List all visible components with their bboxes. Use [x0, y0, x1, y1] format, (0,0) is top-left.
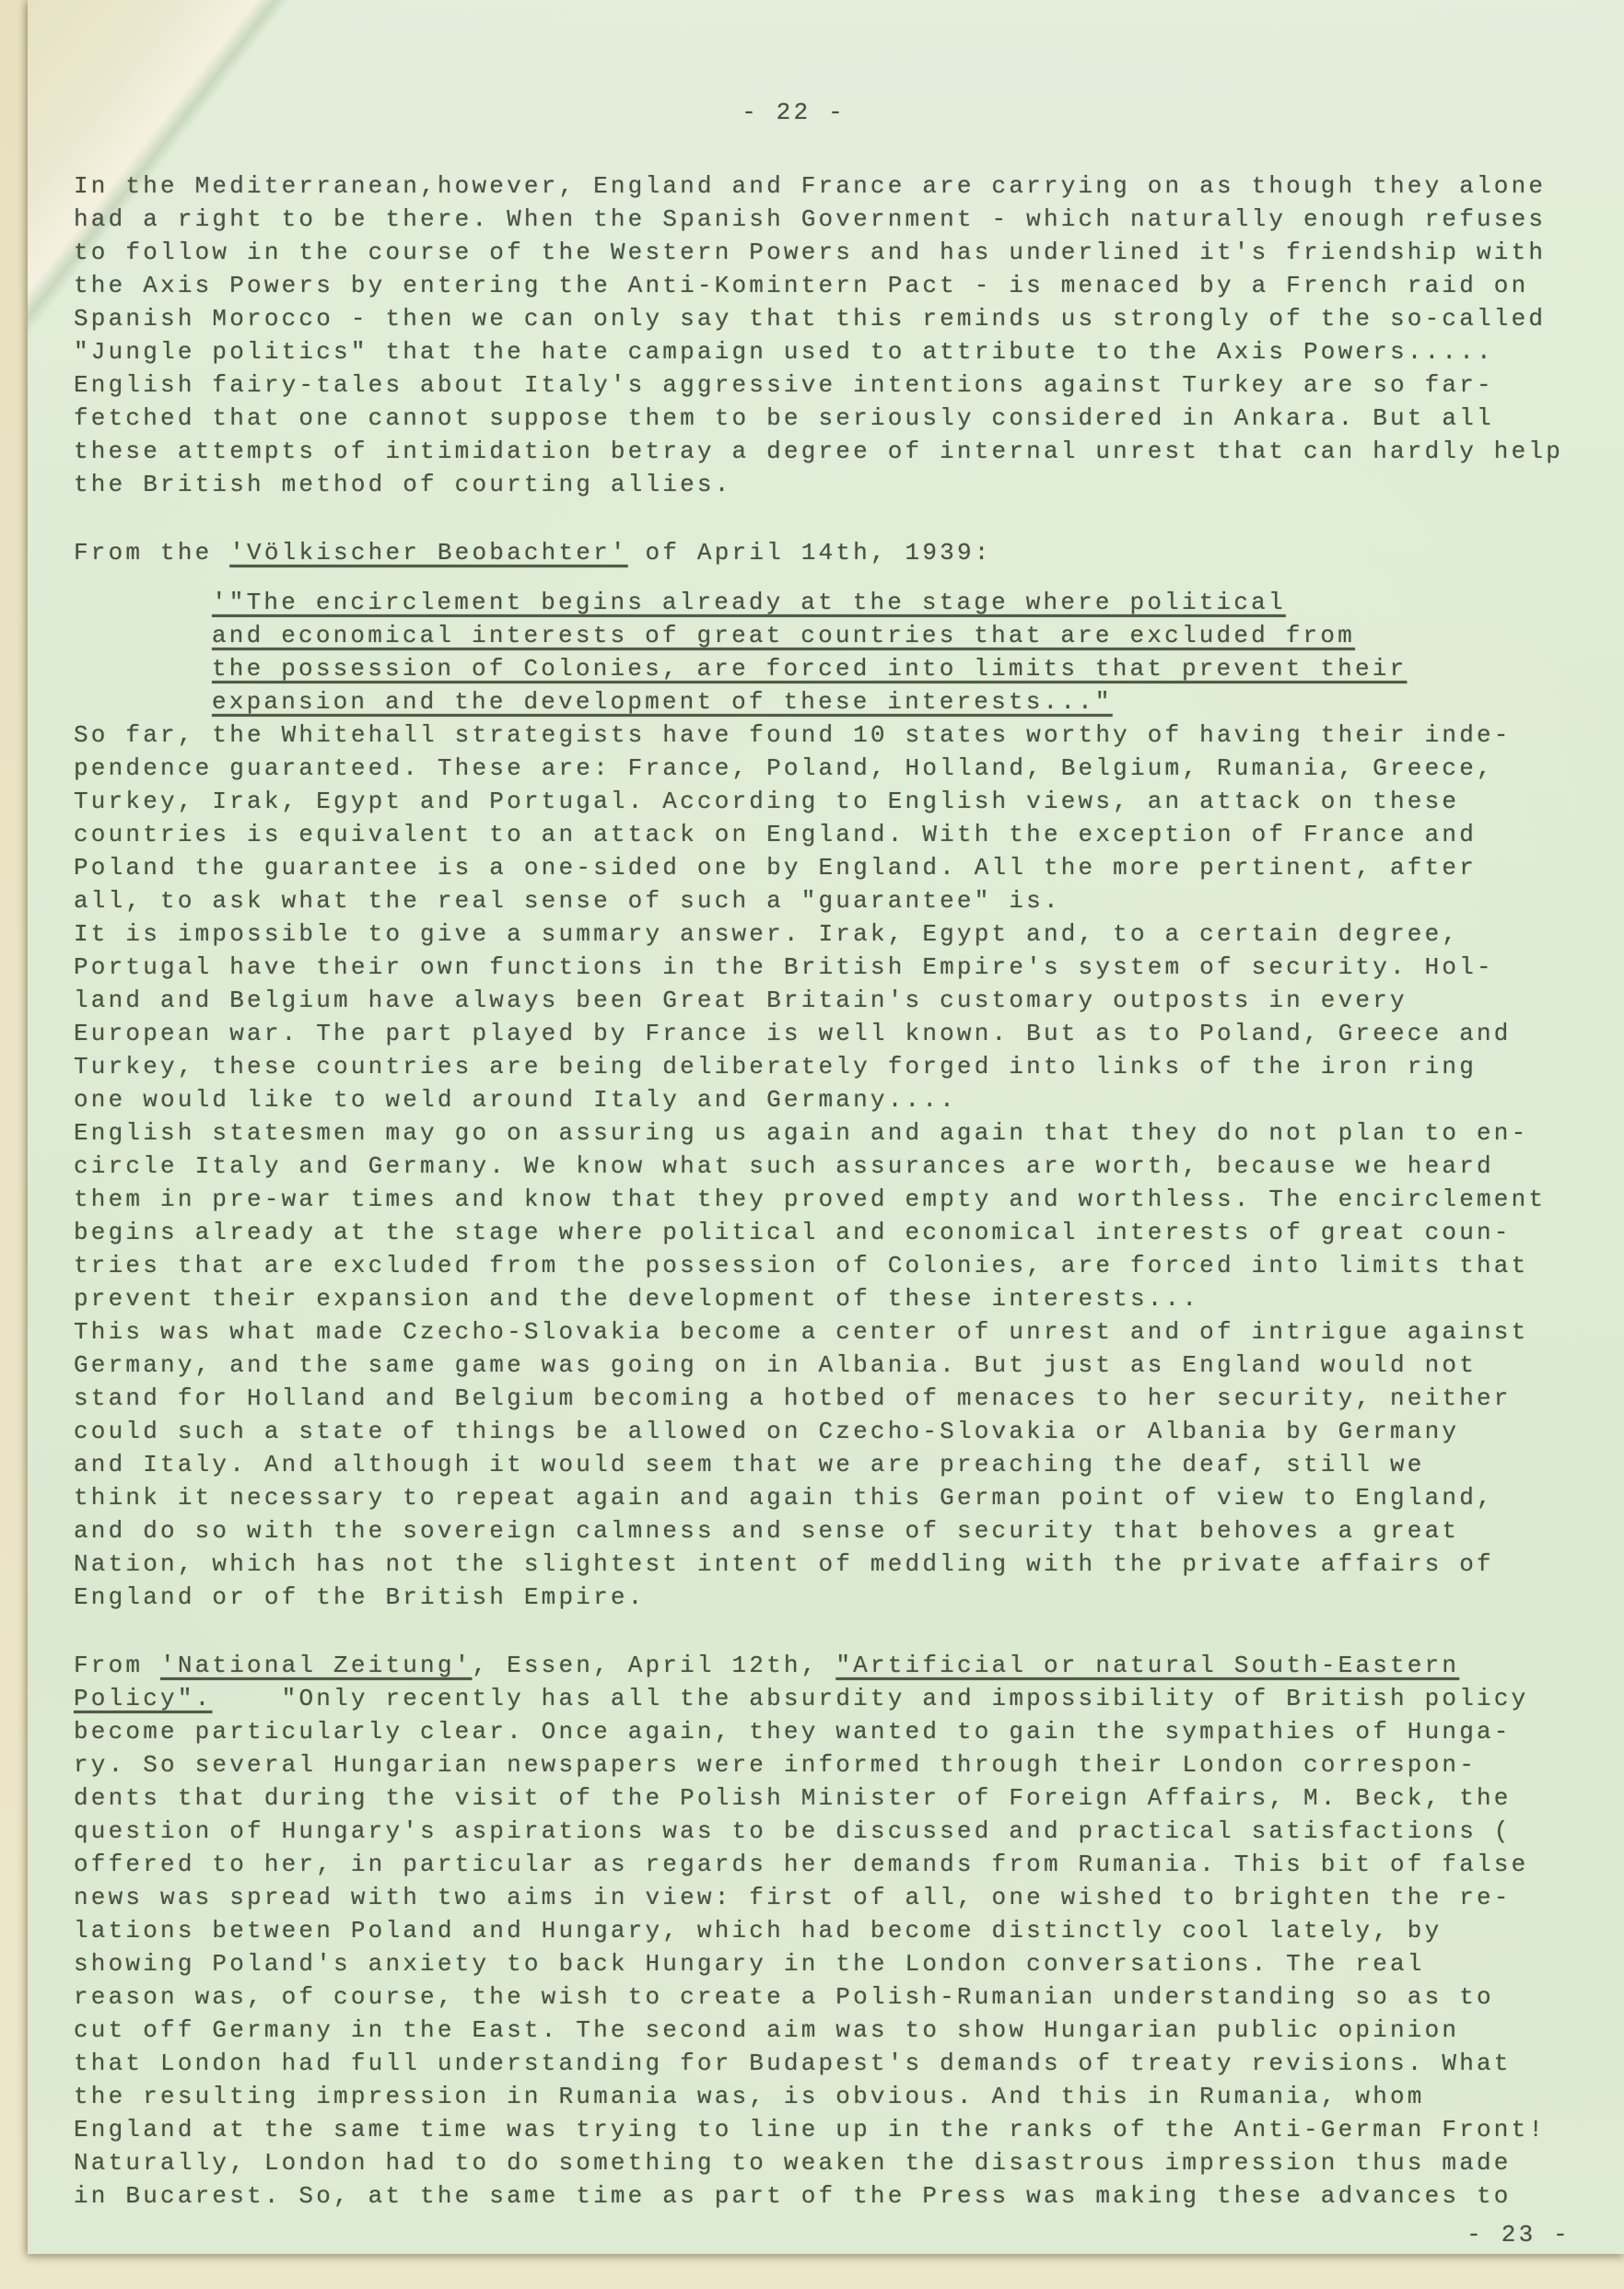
text-segment: "Only recently has all the absurdity and…: [282, 1685, 1529, 1712]
text-segment: cut off Germany in the East. The second …: [74, 2016, 1459, 2044]
text-line: all, to ask what the real sense of such …: [74, 884, 1596, 917]
text-line: From 'National Zeitung', Essen, April 12…: [74, 1649, 1596, 1682]
text-line: reason was, of course, the wish to creat…: [74, 1980, 1596, 2014]
text-line: cut off Germany in the East. The second …: [74, 2014, 1596, 2047]
text-line: begins already at the stage where politi…: [74, 1216, 1596, 1249]
text-segment: reason was, of course, the wish to creat…: [74, 1983, 1494, 2011]
text-segment: prevent their expansion and the developm…: [74, 1285, 1199, 1313]
text-segment: that London had full understanding for B…: [74, 2050, 1512, 2077]
source-heading-national-zeitung: From 'National Zeitung', Essen, April 12…: [74, 1649, 1596, 1682]
text-line: news was spread with two aims in view: f…: [74, 1881, 1596, 1914]
text-segment: in Bucarest. So, at the same time as par…: [74, 2182, 1512, 2210]
text-line: England at the same time was trying to l…: [74, 2113, 1596, 2146]
text-line: one would like to weld around Italy and …: [74, 1083, 1596, 1116]
text-line: and do so with the sovereign calmness an…: [74, 1514, 1596, 1547]
text-line: '"The encirclement begins already at the…: [212, 586, 1596, 619]
text-line: in Bucarest. So, at the same time as par…: [74, 2179, 1596, 2213]
text-line: English statesmen may go on assuring us …: [74, 1116, 1596, 1150]
text-line: From the 'Völkischer Beobachter' of Apri…: [74, 536, 1596, 569]
text-segment: From: [74, 1652, 160, 1679]
text-segment: question of Hungary's aspirations was to…: [74, 1817, 1512, 1845]
text-line: land and Belgium have always been Great …: [74, 984, 1596, 1017]
text-segment: of April 14th, 1939:: [628, 539, 992, 566]
text-line: English fairy-tales about Italy's aggres…: [74, 368, 1596, 402]
text-segment: countries is equivalent to an attack on …: [74, 821, 1477, 848]
text-line: In the Mediterranean,however, England an…: [74, 169, 1596, 203]
text-segment: England or of the British Empire.: [74, 1583, 645, 1611]
text-segment: these attempts of intimidation betray a …: [74, 438, 1563, 465]
text-segment: , Essen, April 12th,: [472, 1652, 835, 1679]
text-line: become particularly clear. Once again, t…: [74, 1715, 1596, 1748]
underlined-text: 'National Zeitung': [160, 1652, 472, 1679]
text-line: question of Hungary's aspirations was to…: [74, 1815, 1596, 1848]
text-segment: Naturally, London had to do something to…: [74, 2149, 1512, 2177]
page-number-bottom: - 23 -: [74, 2218, 1596, 2251]
text-segment: pendence guaranteed. These are: France, …: [74, 754, 1494, 782]
paragraph-czecho-slovakia: This was what made Czecho-Slovakia becom…: [74, 1315, 1596, 1614]
source-heading-voelkischer-beobachter: From the 'Völkischer Beobachter' of Apri…: [74, 536, 1596, 569]
text-line: prevent their expansion and the developm…: [74, 1282, 1596, 1315]
text-line: fetched that one cannot suppose them to …: [74, 402, 1596, 435]
text-line: European war. The part played by France …: [74, 1017, 1596, 1050]
text-segment: circle Italy and Germany. We know what s…: [74, 1152, 1494, 1180]
text-line: the Axis Powers by entering the Anti-Kom…: [74, 269, 1596, 302]
text-segment: This was what made Czecho-Slovakia becom…: [74, 1318, 1528, 1346]
text-line: the possession of Colonies, are forced i…: [212, 652, 1596, 685]
text-line: "Jungle politics" that the hate campaign…: [74, 335, 1596, 368]
text-line: these attempts of intimidation betray a …: [74, 435, 1596, 468]
text-segment: From the: [74, 539, 229, 566]
text-line: Turkey, Irak, Egypt and Portugal. Accord…: [74, 785, 1596, 818]
text-line: It is impossible to give a summary answe…: [74, 917, 1596, 951]
paragraph-national-zeitung-quote: Policy". "Only recently has all the absu…: [74, 1682, 1596, 2213]
text-segment: In the Mediterranean,however, England an…: [74, 172, 1546, 200]
text-line: Policy". "Only recently has all the absu…: [74, 1682, 1596, 1715]
underlined-text: '"The encirclement begins already at the…: [212, 589, 1286, 616]
underlined-text: Policy".: [74, 1685, 212, 1712]
text-line: offered to her, in particular as regards…: [74, 1848, 1596, 1881]
text-segment: Portugal have their own functions in the…: [74, 953, 1494, 981]
text-segment: think it necessary to repeat again and a…: [74, 1484, 1494, 1512]
text-segment: lations between Poland and Hungary, whic…: [74, 1917, 1442, 1944]
text-line: pendence guaranteed. These are: France, …: [74, 752, 1596, 785]
text-line: to follow in the course of the Western P…: [74, 236, 1596, 269]
text-segment: It is impossible to give a summary answe…: [74, 920, 1459, 948]
text-line: and Italy. And although it would seem th…: [74, 1448, 1596, 1481]
text-line: ry. So several Hungarian newspapers were…: [74, 1748, 1596, 1781]
text-segment: English statesmen may go on assuring us …: [74, 1119, 1528, 1147]
text-segment: one would like to weld around Italy and …: [74, 1086, 957, 1114]
text-segment: and Italy. And although it would seem th…: [74, 1451, 1425, 1478]
page-content: - 22 - In the Mediterranean,however, Eng…: [28, 0, 1624, 2254]
text-segment: Spanish Morocco - then we can only say t…: [74, 305, 1546, 333]
text-segment: and do so with the sovereign calmness an…: [74, 1517, 1459, 1545]
text-line: Nation, which has not the slightest inte…: [74, 1547, 1596, 1581]
text-line: them in pre-war times and know that they…: [74, 1183, 1596, 1216]
text-segment: So far, the Whitehall strategists have f…: [74, 721, 1512, 749]
text-segment: stand for Holland and Belgium becoming a…: [74, 1384, 1512, 1412]
text-line: the resulting impression in Rumania was,…: [74, 2080, 1596, 2113]
text-line: Spanish Morocco - then we can only say t…: [74, 302, 1596, 335]
text-segment: begins already at the stage where politi…: [74, 1219, 1512, 1246]
text-segment: England at the same time was trying to l…: [74, 2116, 1546, 2143]
quote-encirclement: '"The encirclement begins already at the…: [212, 586, 1596, 718]
text-line: tries that are excluded from the possess…: [74, 1249, 1596, 1282]
paragraph-mediterranean: In the Mediterranean,however, England an…: [74, 169, 1596, 501]
text-segment: Poland the guarantee is a one-sided one …: [74, 854, 1477, 882]
text-line: circle Italy and Germany. We know what s…: [74, 1150, 1596, 1183]
paragraph-english-statesmen: English statesmen may go on assuring us …: [74, 1116, 1596, 1315]
text-segment: the Axis Powers by entering the Anti-Kom…: [74, 272, 1528, 299]
text-segment: Turkey, Irak, Egypt and Portugal. Accord…: [74, 788, 1459, 815]
text-line: think it necessary to repeat again and a…: [74, 1481, 1596, 1514]
text-segment: fetched that one cannot suppose them to …: [74, 404, 1494, 432]
text-segment: European war. The part played by France …: [74, 1020, 1512, 1047]
page-number-top: - 22 -: [32, 96, 1555, 129]
text-segment: news was spread with two aims in view: f…: [74, 1884, 1512, 1911]
text-line: showing Poland's anxiety to back Hungary…: [74, 1947, 1596, 1980]
text-line: had a right to be there. When the Spanis…: [74, 203, 1596, 236]
underlined-text: 'Völkischer Beobachter': [229, 539, 627, 566]
underlined-text: "Artificial or natural South-Eastern: [835, 1652, 1459, 1679]
text-line: stand for Holland and Belgium becoming a…: [74, 1382, 1596, 1415]
document-page: - 22 - In the Mediterranean,however, Eng…: [28, 0, 1624, 2254]
text-line: lations between Poland and Hungary, whic…: [74, 1914, 1596, 1947]
text-segment: English fairy-tales about Italy's aggres…: [74, 371, 1494, 399]
text-line: expansion and the development of these i…: [212, 685, 1596, 718]
text-segment: Nation, which has not the slightest inte…: [74, 1550, 1494, 1578]
paragraph-summary-answer: It is impossible to give a summary answe…: [74, 917, 1596, 1116]
text-line: that London had full understanding for B…: [74, 2047, 1596, 2080]
text-segment: could such a state of things be allowed …: [74, 1418, 1459, 1445]
paragraph-whitehall-strategists: So far, the Whitehall strategists have f…: [74, 718, 1596, 917]
text-line: Naturally, London had to do something to…: [74, 2146, 1596, 2179]
text-line: Portugal have their own functions in the…: [74, 951, 1596, 984]
text-line: countries is equivalent to an attack on …: [74, 818, 1596, 851]
text-line: Poland the guarantee is a one-sided one …: [74, 851, 1596, 884]
text-segment: showing Poland's anxiety to back Hungary…: [74, 1950, 1425, 1978]
text-segment: become particularly clear. Once again, t…: [74, 1718, 1512, 1746]
text-line: the British method of courting allies.: [74, 468, 1596, 501]
text-line: Germany, and the same game was going on …: [74, 1349, 1596, 1382]
text-segment: dents that during the visit of the Polis…: [74, 1784, 1512, 1812]
text-segment: land and Belgium have always been Great …: [74, 987, 1408, 1014]
text-line: Turkey, these countries are being delibe…: [74, 1050, 1596, 1083]
text-segment: the British method of courting allies.: [74, 471, 732, 498]
underlined-text: expansion and the development of these i…: [212, 688, 1113, 716]
text-line: This was what made Czecho-Slovakia becom…: [74, 1315, 1596, 1349]
text-segment: ry. So several Hungarian newspapers were…: [74, 1751, 1477, 1779]
text-line: and economical interests of great countr…: [212, 619, 1596, 652]
text-segment: [212, 1685, 281, 1712]
text-segment: Germany, and the same game was going on …: [74, 1351, 1477, 1379]
text-segment: to follow in the course of the Western P…: [74, 239, 1546, 266]
text-line: dents that during the visit of the Polis…: [74, 1781, 1596, 1815]
text-segment: Turkey, these countries are being delibe…: [74, 1053, 1477, 1080]
text-segment: "Jungle politics" that the hate campaign…: [74, 338, 1494, 366]
text-line: England or of the British Empire.: [74, 1581, 1596, 1614]
text-segment: had a right to be there. When the Spanis…: [74, 205, 1546, 233]
text-segment: all, to ask what the real sense of such …: [74, 887, 1061, 915]
underlined-text: and economical interests of great countr…: [212, 622, 1355, 649]
text-segment: tries that are excluded from the possess…: [74, 1252, 1528, 1279]
text-segment: them in pre-war times and know that they…: [74, 1185, 1546, 1213]
document-body: In the Mediterranean,however, England an…: [74, 169, 1596, 2213]
text-line: So far, the Whitehall strategists have f…: [74, 718, 1596, 752]
text-segment: offered to her, in particular as regards…: [74, 1851, 1528, 1878]
underlined-text: the possession of Colonies, are forced i…: [212, 655, 1407, 683]
text-segment: the resulting impression in Rumania was,…: [74, 2083, 1425, 2110]
text-line: could such a state of things be allowed …: [74, 1415, 1596, 1448]
